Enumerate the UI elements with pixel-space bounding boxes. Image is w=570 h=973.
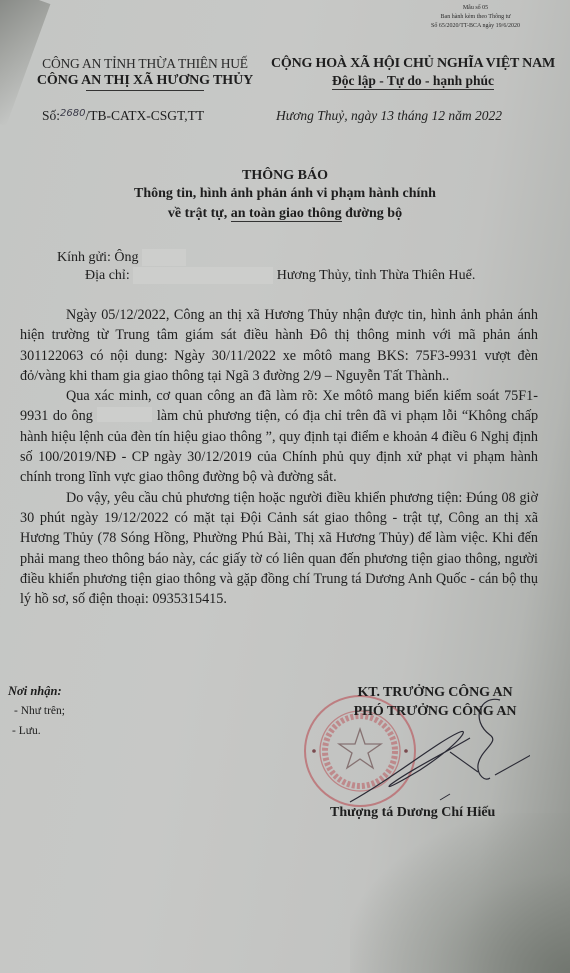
number-suffix: /TB-CATX-CSGT,TT [85, 108, 204, 123]
paragraph-summons: Do vậy, yêu cầu chủ phương tiện hoặc ngư… [20, 488, 538, 610]
subtitle-post: đường bộ [342, 206, 403, 221]
subtitle-pre: về trật tự, [168, 206, 231, 221]
recipient-block: Kính gửi: Ông Địa chỉ: Hương Thủy, tỉnh … [57, 249, 475, 285]
recipient-item: - Lưu. [8, 721, 65, 741]
issuing-authority: CÔNG AN TỈNH THỪA THIÊN HUẾ CÔNG AN THỊ … [25, 56, 265, 91]
redacted-owner [97, 407, 152, 422]
star-icon [339, 729, 381, 768]
national-header: CỘNG HOÀ XÃ HỘI CHỦ NGHĨA VIỆT NAM Độc l… [258, 56, 568, 90]
signer-title: KT. TRƯỞNG CÔNG AN PHÓ TRƯỞNG CÔNG AN [315, 683, 555, 721]
signer-title-line2: PHÓ TRƯỞNG CÔNG AN [315, 702, 555, 721]
address-row: Địa chỉ: Hương Thủy, tỉnh Thừa Thiên Huế… [57, 267, 475, 285]
signer-name: Thượng tá Dương Chí Hiếu [330, 805, 495, 821]
number-prefix: Số: [42, 108, 60, 123]
title-subtitle-line2: về trật tự, an toàn giao thông đường bộ [0, 204, 570, 224]
redacted-name [142, 249, 186, 266]
redacted-address [133, 267, 273, 284]
org-name: CÔNG AN THỊ XÃ HƯƠNG THỦY [25, 73, 265, 89]
nation-name: CỘNG HOÀ XÃ HỘI CHỦ NGHĨA VIỆT NAM [258, 56, 568, 72]
salutation-row: Kính gửi: Ông [57, 249, 475, 267]
recipients-heading: Nơi nhận: [8, 681, 65, 701]
address-value: Hương Thủy, tỉnh Thừa Thiên Huế. [277, 268, 476, 283]
title-main: THÔNG BÁO [0, 168, 570, 184]
document-title: THÔNG BÁO Thông tin, hình ảnh phản ánh v… [0, 168, 570, 224]
form-note-issued: Ban hành kèm theo Thông tư [431, 13, 520, 22]
recipient-item: - Như trên; [8, 701, 65, 721]
paragraph-verification: Qua xác minh, cơ quan công an đã làm rõ:… [20, 386, 538, 487]
notice-body: Ngày 05/12/2022, Công an thị xã Hương Th… [20, 305, 538, 609]
org-parent: CÔNG AN TỈNH THỪA THIÊN HUẾ [25, 56, 265, 72]
paragraph-report: Ngày 05/12/2022, Công an thị xã Hương Th… [20, 305, 538, 386]
form-note-number: Mẫu số 05 [431, 4, 520, 13]
national-motto: Độc lập - Tự do - hạnh phúc [332, 73, 494, 90]
signer-title-line1: KT. TRƯỞNG CÔNG AN [315, 683, 555, 702]
document-number: Số:2680/TB-CATX-CSGT,TT [42, 108, 204, 124]
salutation-label: Kính gửi: [57, 250, 111, 265]
salutation-value: Ông [114, 250, 138, 265]
address-label: Địa chỉ: [85, 268, 130, 283]
subtitle-underlined: an toàn giao thông [231, 206, 342, 222]
recipients-list: Nơi nhận: - Như trên; - Lưu. [8, 681, 65, 741]
handwritten-number: 2680 [60, 108, 85, 119]
form-note-circular: Số 65/2020/TT-BCA ngày 19/6/2020 [431, 22, 520, 31]
form-note: Mẫu số 05 Ban hành kèm theo Thông tư Số … [431, 4, 520, 31]
page-shadow-corner [350, 813, 570, 973]
org-underline [86, 90, 204, 91]
place-date: Hương Thuỷ, ngày 13 tháng 12 năm 2022 [276, 108, 502, 124]
title-subtitle-line1: Thông tin, hình ảnh phản ánh vi phạm hàn… [0, 184, 570, 204]
